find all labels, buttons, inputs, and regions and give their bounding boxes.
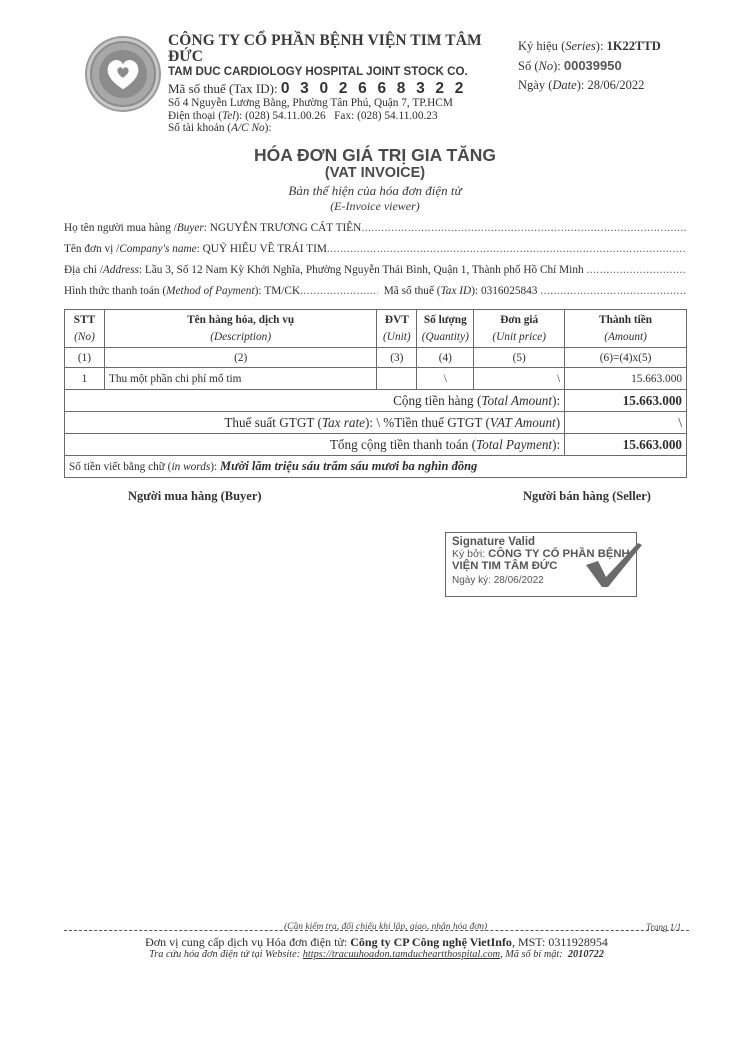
dotted-leader [540,284,687,298]
buyer-address-label: Địa chỉ / [64,263,103,277]
vat-row: Thuế suất GTGT (Tax rate): \ %Tiền thuế … [65,412,687,434]
series-value: 1K22TTD [607,39,661,53]
index-cell: (5) [474,348,565,368]
dotted-leader [300,284,378,298]
total-payment-value: 15.663.000 [565,434,687,456]
signed-date-value: 28/06/2022 [494,575,544,586]
subtitle-vn: Bản thể hiện của hóa đơn điện tử [0,183,750,199]
invoice-no-value: 00039950 [564,58,622,73]
signed-by-label: Ký bởi: [452,548,485,560]
checkmark-icon [582,539,644,589]
no-label-en: No [539,59,554,73]
total-payment-label: Tổng cộng tiền thanh toán (Total Payment… [65,434,565,456]
col-header-description: Tên hàng hóa, dịch vụ(Description) [104,310,376,348]
tax-rate-value: \ [376,415,380,430]
date-value: 28/06/2022 [587,78,644,92]
payment-method: TM/CK [264,284,300,298]
account-label: Số tài khoản [168,122,224,134]
lookup-link[interactable]: https://tracuuhoadon.tamducheartthospita… [303,949,500,960]
lookup-line: Tra cứu hóa đơn điện tử tại Website: htt… [64,949,689,960]
buyer-name-label-en: Buyer [177,221,204,235]
digital-signature-box: Signature Valid Ký bởi: CÔNG TY CỔ PHẦN … [445,532,637,597]
buyer-address: Lầu 3, Số 12 Nam Kỳ Khởi Nghĩa, Phường N… [145,263,584,277]
seller-contact: Điện thoại (Tel): (028) 54.11.00.26 Fax:… [168,110,498,123]
payment-line: Hình thức thanh toán (Method of Payment)… [64,284,687,298]
footer-divider [64,930,689,931]
in-words-row: Số tiền viết bằng chữ (in words): Mười l… [65,456,687,478]
buyer-name: NGUYỄN TRƯƠNG CÁT TIÊN [210,221,362,235]
row-description: Thu một phần chi phí mổ tim [104,368,376,390]
table-row: 1 Thu một phần chi phí mổ tim \ \ 15.663… [65,368,687,390]
vat-amount-value: \ [565,412,687,434]
index-cell: (3) [377,348,417,368]
invoice-number: Số (No): 00039950 [518,56,661,76]
items-table: STT(No) Tên hàng hóa, dịch vụ(Descriptio… [64,309,687,478]
heart-logo-icon [104,55,142,93]
secret-label: Mã số bí mật: [505,949,563,960]
total-amount-value: 15.663.000 [565,390,687,412]
col-header-unit-price: Đơn giá(Unit price) [474,310,565,348]
seller-fax: (028) 54.11.00.23 [357,110,438,122]
buyer-address-label-en: Address [103,263,139,277]
seller-tax-label: Mã số thuế (Tax ID): [168,81,278,96]
col-header-unit: ĐVT(Unit) [377,310,417,348]
row-no: 1 [65,368,105,390]
amount-in-words: Mười lăm triệu sáu trăm sáu mươi ba nghì… [220,459,477,473]
date-label-en: Date [552,78,576,92]
payment-label: Hình thức thanh toán ( [64,284,166,298]
index-cell: (4) [417,348,474,368]
col-header-no: STT(No) [65,310,105,348]
index-cell: (2) [104,348,376,368]
account-label-en: A/C No [231,122,265,134]
invoice-series: Ký hiệu (Series): 1K22TTD [518,37,661,56]
provider-line: Đơn vị cung cấp dịch vụ Hóa đơn điện tử:… [64,935,689,950]
seller-header: CÔNG TY CỔ PHẦN BỆNH VIỆN TIM TÂM ĐỨC TA… [168,33,498,135]
buyer-company-label-en: Company's name [119,242,196,256]
invoice-meta: Ký hiệu (Series): 1K22TTD Số (No): 00039… [518,37,661,95]
seller-signer-label: Người bán hàng (Seller) [523,489,651,504]
seller-account: Số tài khoản (A/C No): [168,122,498,135]
tel-label: Điện thoại [168,110,215,122]
buyer-name-label: Họ tên người mua hàng / [64,221,177,235]
tel-label-en: Tel [222,110,235,122]
buyer-tax-id: 0316025843 [481,284,537,298]
provider-label: Đơn vị cung cấp dịch vụ Hóa đơn điện tử: [145,935,347,949]
title-en: (VAT INVOICE) [0,165,750,181]
seller-name-en: TAM DUC CARDIOLOGY HOSPITAL JOINT STOCK … [168,65,498,79]
secret-code: 2010722 [568,949,604,960]
fax-label: Fax: [334,110,354,122]
seller-tel: (028) 54.11.00.26 [245,110,326,122]
total-payment-row: Tổng cộng tiền thanh toán (Total Payment… [65,434,687,456]
seller-name-vn: CÔNG TY CỔ PHẦN BỆNH VIỆN TIM TÂM ĐỨC [168,33,498,65]
provider-name: Công ty CP Công nghệ VietInfo [350,935,512,949]
row-unit-price: \ [474,368,565,390]
no-label: Số [518,59,531,73]
index-cell: (1) [65,348,105,368]
dotted-leader [327,242,687,256]
dotted-leader [586,263,687,277]
table-index-row: (1) (2) (3) (4) (5) (6)=(4)x(5) [65,348,687,368]
buyer-signer-label: Người mua hàng (Buyer) [128,489,262,504]
col-header-amount: Thành tiền(Amount) [565,310,687,348]
title-vn: HÓA ĐƠN GIÁ TRỊ GIA TĂNG [0,145,750,166]
total-amount-row: Cộng tiền hàng (Total Amount): 15.663.00… [65,390,687,412]
buyer-company-line: Tên đơn vị / Company's name: QUỸ HIỂU VỀ… [64,242,687,256]
buyer-company-label: Tên đơn vị / [64,242,119,256]
payment-label-en: Method of Payment [166,284,254,298]
vat-label: Thuế suất GTGT (Tax rate): \ %Tiền thuế … [65,412,565,434]
subtitle-en: (E-Invoice viewer) [0,199,750,214]
total-amount-label: Cộng tiền hàng (Total Amount): [65,390,565,412]
buyer-company: QUỸ HIỂU VỀ TRÁI TIM [203,242,327,256]
buyer-tax-label: Mã số thuế ( [384,284,441,298]
provider-tax: MST: 0311928954 [518,935,608,949]
hospital-logo [87,38,159,110]
in-words-cell: Số tiền viết bằng chữ (in words): Mười l… [65,456,687,478]
dotted-leader [361,221,687,235]
index-cell: (6)=(4)x(5) [565,348,687,368]
series-label-en: Series [565,39,596,53]
buyer-name-line: Họ tên người mua hàng / Buyer: NGUYỄN TR… [64,221,687,235]
series-label: Ký hiệu [518,39,558,53]
seller-address: Số 4 Nguyễn Lương Bằng, Phường Tân Phú, … [168,97,498,110]
invoice-date: Ngày (Date): 28/06/2022 [518,76,661,95]
seller-tax-id: 0 3 0 2 6 6 8 3 2 2 [281,80,467,97]
col-header-quantity: Số lượng(Quantity) [417,310,474,348]
buyer-tax-label-en: Tax ID [441,284,472,298]
lookup-label: Tra cứu hóa đơn điện tử tại Website: [149,949,300,960]
table-header-row: STT(No) Tên hàng hóa, dịch vụ(Descriptio… [65,310,687,348]
row-quantity: \ [417,368,474,390]
date-label: Ngày [518,78,545,92]
seller-tax: Mã số thuế (Tax ID): 0 3 0 2 6 6 8 3 2 2 [168,80,498,97]
signed-date-label: Ngày ký: [452,575,491,586]
row-amount: 15.663.000 [565,368,687,390]
row-unit [377,368,417,390]
buyer-address-line: Địa chỉ / Address: Lầu 3, Số 12 Nam Kỳ K… [64,263,687,277]
